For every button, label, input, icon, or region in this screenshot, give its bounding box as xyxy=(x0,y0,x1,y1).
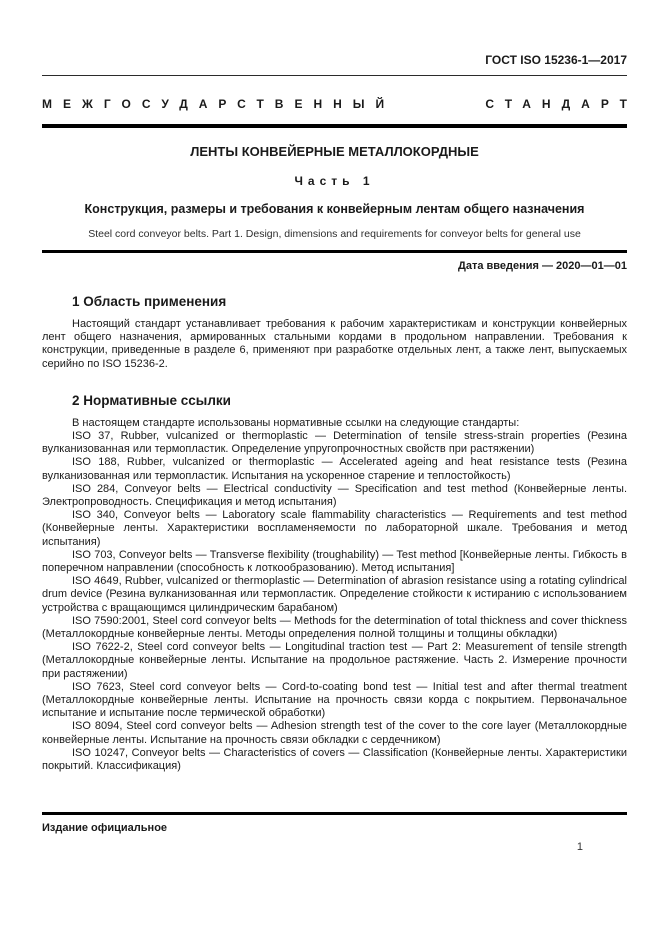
paragraph: ISO 188, Rubber, vulcanized or thermopla… xyxy=(42,456,627,482)
section-heading: 2 Нормативные ссылки xyxy=(72,393,627,408)
document-page: ГОСТ ISO 15236-1—2017 МЕЖГОСУДАРСТВЕННЫЙ… xyxy=(0,0,661,935)
footer-rule xyxy=(42,812,627,815)
standard-type-word-1: МЕЖГОСУДАРСТВЕННЫЙ xyxy=(42,97,395,111)
paragraph: ISO 7590:2001, Steel cord conveyor belts… xyxy=(42,615,627,641)
section-heading: 1 Область применения xyxy=(72,294,627,309)
title-subtitle-ru: Конструкция, размеры и требования к конв… xyxy=(42,202,627,216)
header-thick-rule xyxy=(42,124,627,128)
paragraph: ISO 10247, Conveyor belts — Characterist… xyxy=(42,747,627,773)
header-thin-rule xyxy=(42,75,627,76)
document-body: 1 Область примененияНастоящий стандарт у… xyxy=(42,294,627,773)
paragraph: ISO 284, Conveyor belts — Electrical con… xyxy=(42,483,627,509)
page-number: 1 xyxy=(577,841,583,853)
standard-type-word-2: СТАНДАРТ xyxy=(485,97,638,111)
paragraph: Настоящий стандарт устанавливает требова… xyxy=(42,318,627,371)
paragraph: ISO 7622-2, Steel cord conveyor belts — … xyxy=(42,641,627,681)
paragraph: ISO 703, Conveyor belts — Transverse fle… xyxy=(42,549,627,575)
paragraph: ISO 340, Conveyor belts — Laboratory sca… xyxy=(42,509,627,549)
standard-type-line: МЕЖГОСУДАРСТВЕННЫЙ СТАНДАРТ xyxy=(42,97,627,111)
title-part: Часть 1 xyxy=(42,174,627,188)
doc-code: ГОСТ ISO 15236-1—2017 xyxy=(42,53,627,67)
title-subtitle-en: Steel cord conveyor belts. Part 1. Desig… xyxy=(42,228,627,240)
paragraph: ISO 7623, Steel cord conveyor belts — Co… xyxy=(42,681,627,721)
official-edition-note: Издание официальное xyxy=(42,822,167,834)
paragraph: ISO 37, Rubber, vulcanized or thermoplas… xyxy=(42,430,627,456)
paragraph: ISO 4649, Rubber, vulcanized or thermopl… xyxy=(42,575,627,615)
title-main: ЛЕНТЫ КОНВЕЙЕРНЫЕ МЕТАЛЛОКОРДНЫЕ xyxy=(42,144,627,159)
effective-date: Дата введения — 2020—01—01 xyxy=(42,260,627,272)
paragraph: В настоящем стандарте использованы норма… xyxy=(42,417,627,430)
paragraph: ISO 8094, Steel cord conveyor belts — Ad… xyxy=(42,720,627,746)
title-rule xyxy=(42,250,627,253)
